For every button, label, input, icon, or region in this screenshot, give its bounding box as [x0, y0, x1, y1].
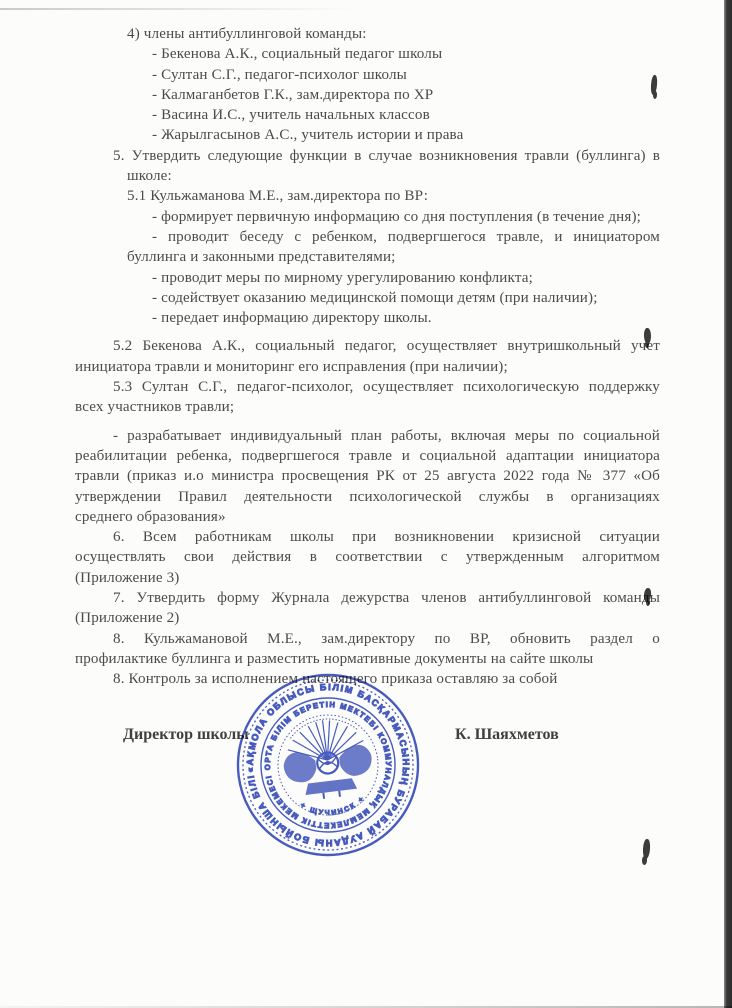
document-line: (Приложение 2): [75, 608, 660, 628]
document-line: 5. Утвердить следующие функции в случае …: [75, 146, 660, 166]
document-line: среднего образования»: [75, 507, 660, 527]
document-line: - проводит меры по мирному урегулировани…: [75, 268, 660, 288]
document-line: - передает информацию директору школы.: [75, 308, 660, 328]
document-line: 8. Кульжамановой М.Е., зам.директору по …: [75, 629, 660, 649]
document-line: 5.3 Султан С.Г., педагог-психолог, осуще…: [75, 377, 660, 397]
document-line: 4) члены антибуллинговой команды:: [75, 24, 660, 44]
document-line: реабилитации ребенка, подвергшегося трав…: [75, 446, 660, 466]
scan-crease-line: [0, 8, 358, 10]
document-line: травли (приказ и.о министра просвещения …: [75, 466, 660, 486]
document-line: 5.1 Кульжаманова М.Е., зам.директора по …: [75, 186, 660, 206]
document-line: 5.2 Бекенова А.К., социальный педагог, о…: [75, 336, 660, 356]
document-line: - Калмаганбетов Г.К., зам.директора по Х…: [75, 85, 660, 105]
official-stamp-seal: «АҚМОЛА ОБЛЫСЫ БІЛІМ БАСҚАРМАСЫНЫҢ БУРАБ…: [228, 665, 428, 865]
document-line: - формирует первичную информацию со дня …: [75, 207, 660, 227]
document-line: - разрабатывает индивидуальный план рабо…: [75, 426, 660, 446]
document-line: (Приложение 3): [75, 568, 660, 588]
document-line: - Султан С.Г., педагог-психолог школы: [75, 65, 660, 85]
document-line: школе:: [75, 166, 660, 186]
document-line: буллинга и законными представителями;: [75, 247, 660, 267]
document-line: - Васина И.С., учитель начальных классов: [75, 105, 660, 125]
document-line: утверждении Правил деятельности психолог…: [75, 487, 660, 507]
document-line: всех участников травли;: [75, 397, 660, 417]
document-line: инициатора травли и мониторинг его испра…: [75, 357, 660, 377]
document-line: 7. Утвердить форму Журнала дежурства чле…: [75, 588, 660, 608]
kazakhstan-emblem-icon: [279, 714, 376, 803]
document-lines: 4) члены антибуллинговой команды:- Бекен…: [75, 24, 660, 690]
document-line: 6. Всем работникам школы при возникновен…: [75, 527, 660, 547]
document-line: - Жарылгасынов А.С., учитель истории и п…: [75, 125, 660, 145]
document-line: осуществлять свои действия в соответстви…: [75, 547, 660, 567]
scan-edge-shadow: [724, 0, 732, 1008]
document-line: - Бекенова А.К., социальный педагог школ…: [75, 44, 660, 64]
document-line: - проводит беседу с ребенком, подвергшег…: [75, 227, 660, 247]
signature-name: К. Шаяхметов: [455, 726, 559, 744]
document-line: - содействует оказанию медицинской помощ…: [75, 288, 660, 308]
